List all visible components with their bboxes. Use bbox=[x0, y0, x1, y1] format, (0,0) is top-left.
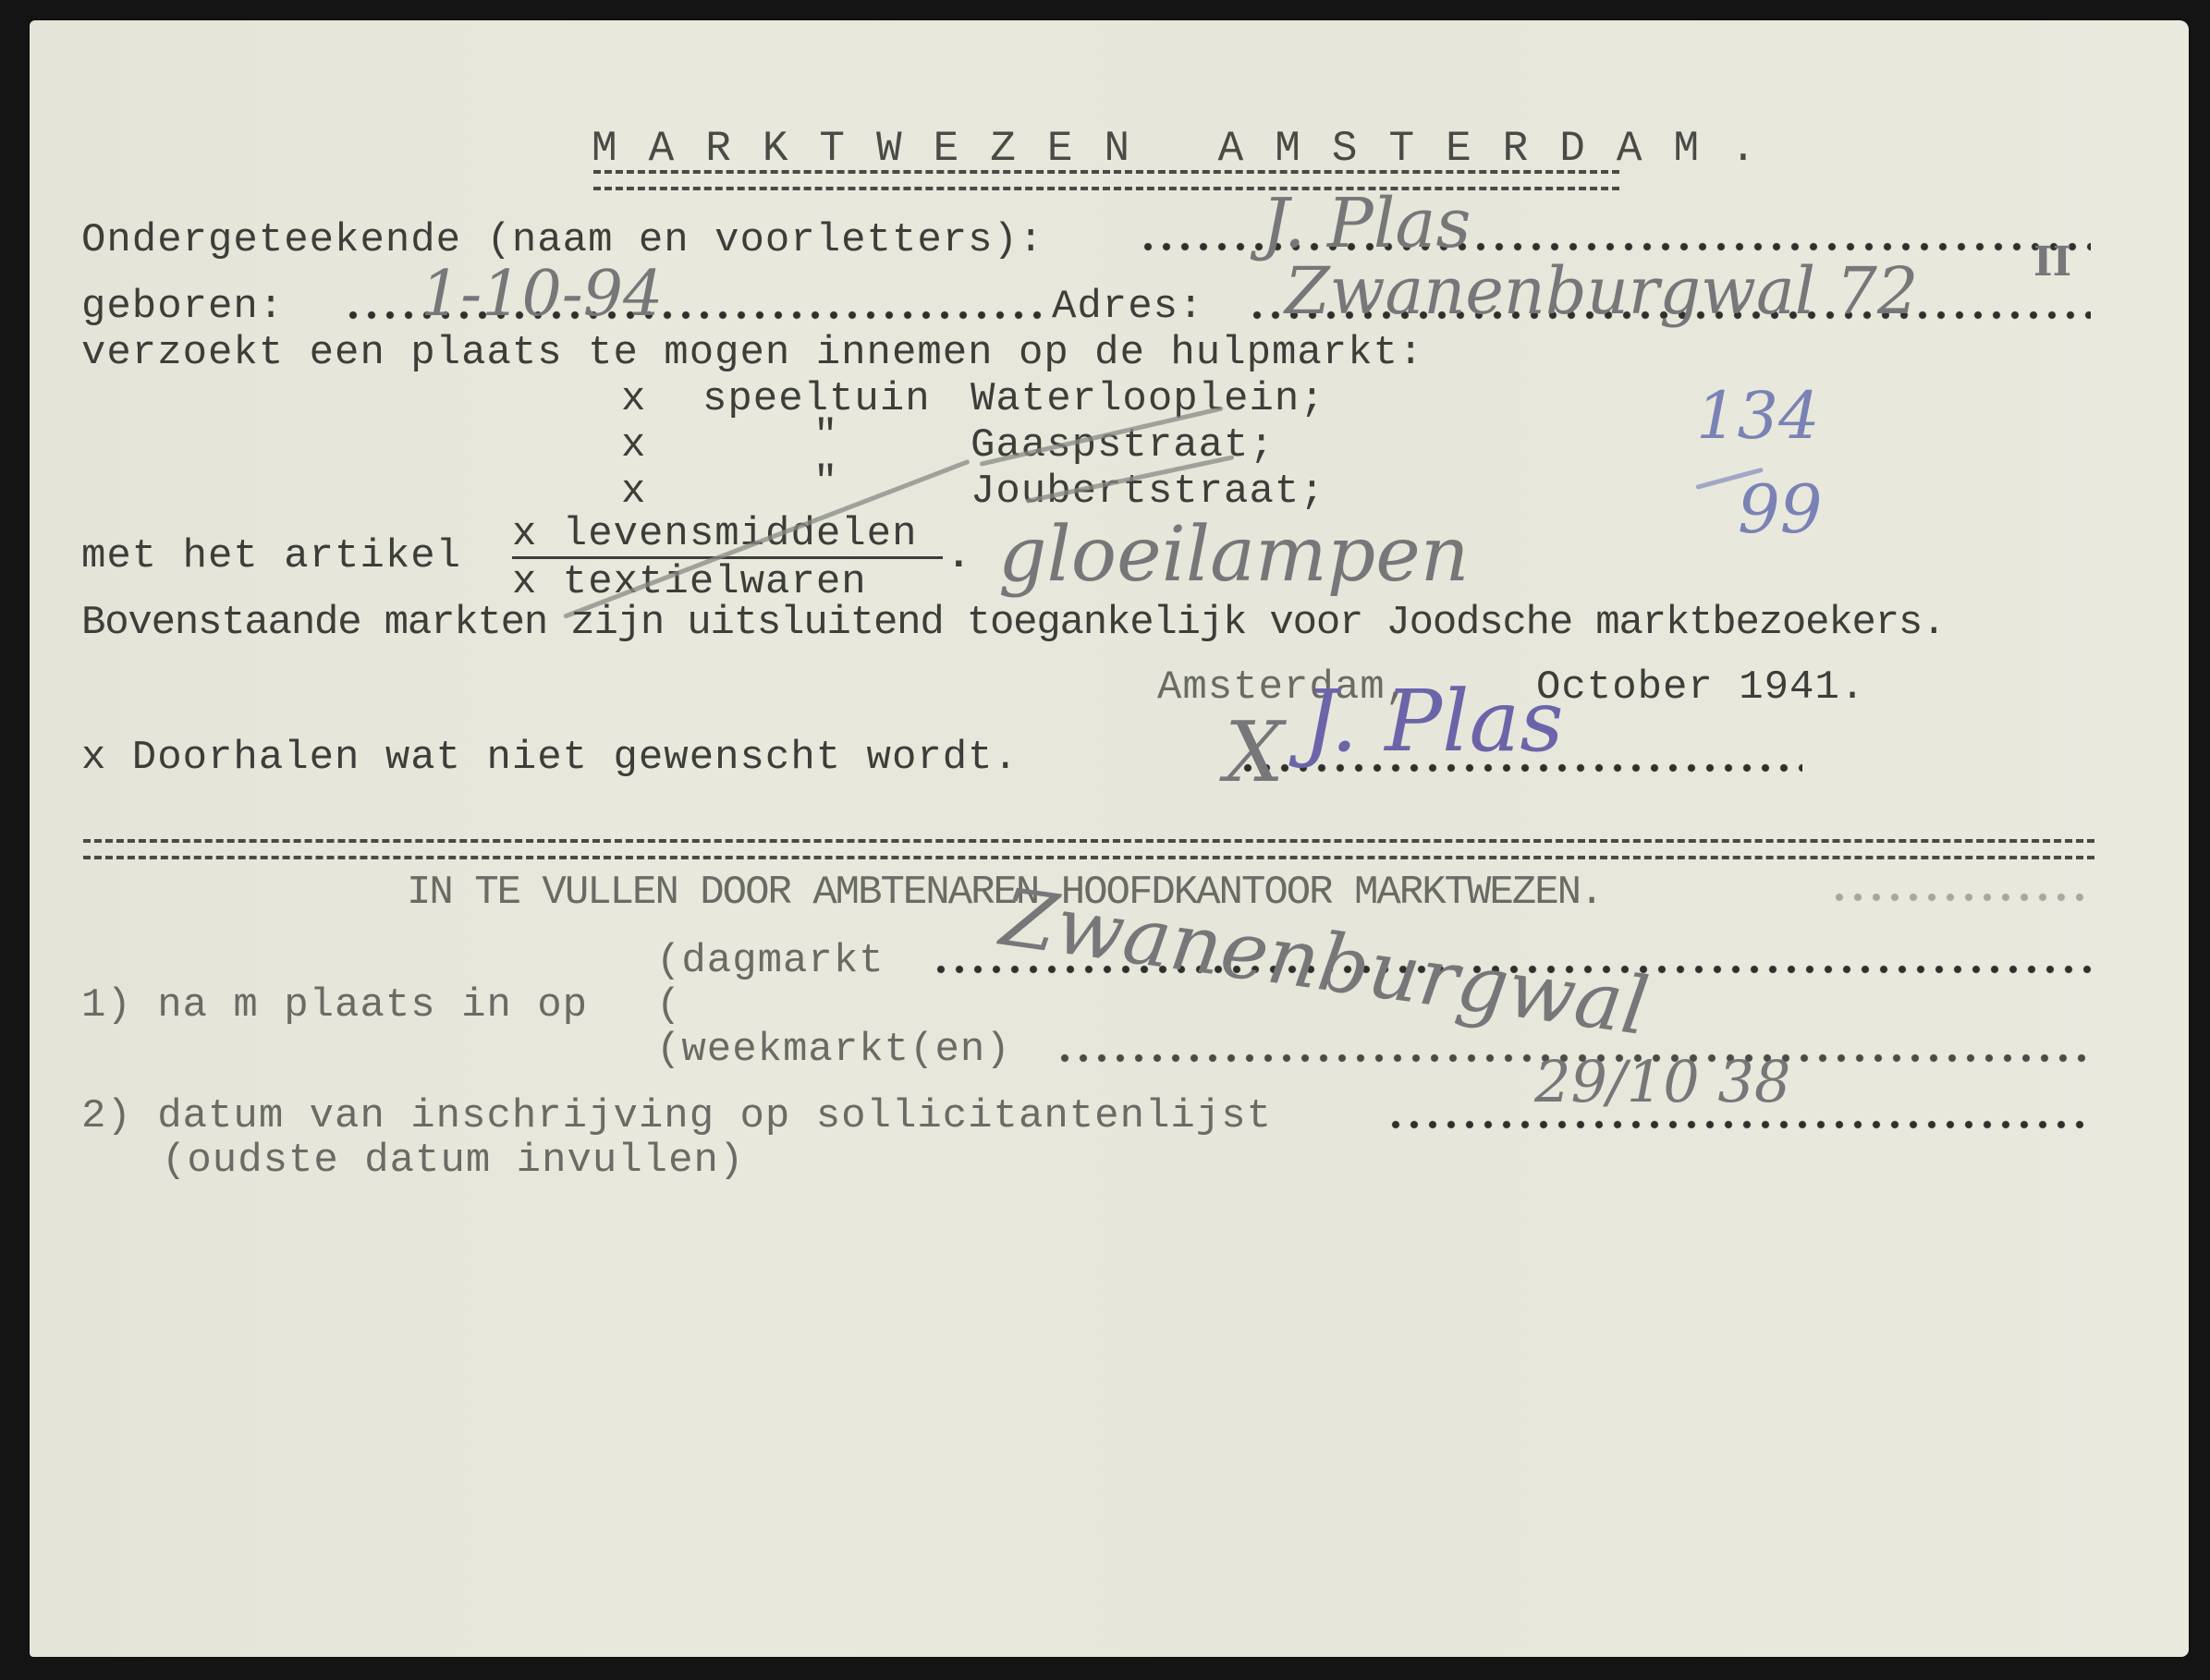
date-text: October 1941. bbox=[1536, 667, 1865, 708]
signature-mark: X bbox=[1225, 712, 1284, 795]
item-2-value[interactable]: 29/10 38 bbox=[1534, 1053, 1790, 1111]
weekmarkt-label: (weekmarkt(en) bbox=[656, 1029, 1011, 1070]
article-handwritten-value[interactable]: gloeilampen bbox=[998, 517, 1470, 593]
heading-trailing-dots bbox=[1830, 893, 2089, 902]
name-field-value[interactable]: J. Plas bbox=[1262, 189, 1471, 258]
file-number-bottom: 99 bbox=[1738, 476, 1823, 542]
address-label: Adres: bbox=[1052, 286, 1203, 327]
birth-label: geboren: bbox=[81, 286, 284, 327]
item-2-dots bbox=[1386, 1120, 2093, 1129]
market-prefix-2: " bbox=[813, 416, 838, 457]
dagmarkt-label: (dagmarkt bbox=[656, 941, 885, 981]
market-mark-1: x bbox=[621, 379, 646, 420]
document-title: MARKTWEZEN AMSTERDAM. bbox=[592, 128, 1788, 170]
signature[interactable]: J. Plas bbox=[1303, 679, 1564, 764]
market-prefix-3: " bbox=[813, 462, 838, 503]
section-separator bbox=[83, 839, 2094, 859]
market-waterlooplein[interactable]: Waterlooplein; bbox=[971, 379, 1325, 420]
market-mark-3: x bbox=[621, 471, 646, 512]
file-number-top: 134 bbox=[1696, 383, 1820, 448]
market-mark-2: x bbox=[621, 425, 646, 466]
article-period: . bbox=[946, 536, 971, 577]
address-field-value[interactable]: Zwanenburgwal 72 bbox=[1285, 259, 1918, 323]
item-1-label: 1) na m plaats in op bbox=[81, 985, 588, 1026]
birth-field-value[interactable]: 1-10-94 bbox=[421, 263, 663, 326]
brace-middle: ( bbox=[656, 985, 681, 1026]
name-label: Ondergeteekende (naam en voorletters): bbox=[81, 220, 1044, 261]
item-2-sub: (oudste datum invullen) bbox=[162, 1140, 744, 1181]
article-option-levensmiddelen[interactable]: x levensmiddelen bbox=[512, 514, 917, 554]
request-line: verzoekt een plaats te mogen innemen op … bbox=[81, 333, 1423, 373]
notice-text: Bovenstaande markten zijn uitsluitend to… bbox=[81, 603, 1945, 643]
address-floor-value: II bbox=[2033, 242, 2071, 283]
item-2-label: 2) datum van inschrijving op sollicitant… bbox=[81, 1096, 1272, 1137]
article-label: met het artikel bbox=[81, 536, 461, 577]
footnote-text: x Doorhalen wat niet gewenscht wordt. bbox=[81, 737, 1019, 778]
